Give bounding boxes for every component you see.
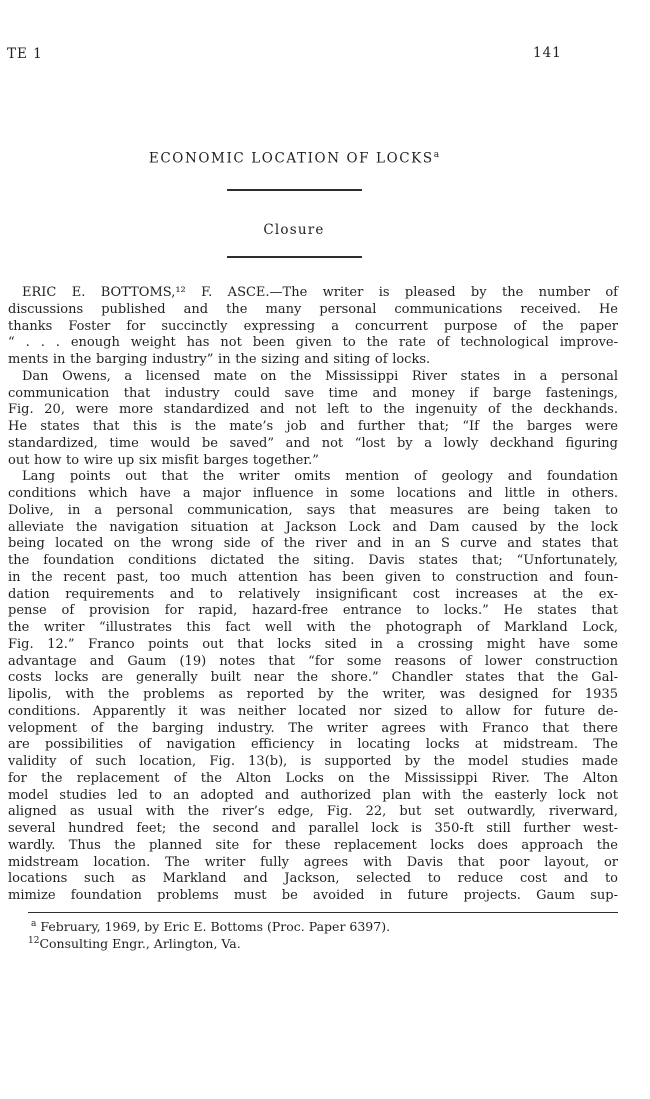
body-line: are possibilities of navigation efficien…	[8, 737, 618, 754]
paragraph: Lang points out that the writer omits me…	[8, 469, 618, 905]
body-line: several hundred feet; the second and par…	[8, 821, 618, 838]
body-line: thanks Foster for succinctly expressing …	[8, 319, 618, 336]
body-line: midstream location. The writer fully agr…	[8, 855, 618, 872]
footnote-marker: 12	[28, 936, 39, 946]
body-line: dation requirements and to relatively in…	[8, 587, 618, 604]
section-heading: Closure	[0, 223, 588, 238]
footnote-list: a February, 1969, by Eric E. Bottoms (Pr…	[28, 917, 618, 951]
body-line: He states that this is the mate’s job an…	[8, 419, 618, 436]
body-line: costs locks are generally built near the…	[8, 670, 618, 687]
page-number: 141	[533, 45, 562, 61]
body-line: the foundation conditions dictated the s…	[8, 553, 618, 570]
title-rule	[227, 189, 362, 191]
body-line: Lang points out that the writer omits me…	[8, 469, 618, 486]
body-line: communication that industry could save t…	[8, 386, 618, 403]
body-line: wardly. Thus the planned site for these …	[8, 838, 618, 855]
body-line: Fig. 12.” Franco points out that locks s…	[8, 637, 618, 654]
body-line: validity of such location, Fig. 13(b), i…	[8, 754, 618, 771]
heading-block: ECONOMIC LOCATION OF LOCKSa Closure	[0, 148, 588, 258]
body-line: being located on the wrong side of the r…	[8, 536, 618, 553]
body-line: conditions which have a major influence …	[8, 486, 618, 503]
body-line: advantage and Gaum (19) notes that “for …	[8, 654, 618, 671]
body-line: locations such as Markland and Jackson, …	[8, 871, 618, 888]
body-line: ERIC E. BOTTOMS,¹² F. ASCE.—The writer i…	[8, 285, 618, 302]
body-line: pense of provision for rapid, hazard-fre…	[8, 603, 618, 620]
footnote-block: a February, 1969, by Eric E. Bottoms (Pr…	[28, 912, 618, 951]
article-body: ERIC E. BOTTOMS,¹² F. ASCE.—The writer i…	[8, 285, 618, 905]
body-line: model studies led to an adopted and auth…	[8, 788, 618, 805]
journal-page: TE 1 141 ECONOMIC LOCATION OF LOCKSa Clo…	[0, 0, 650, 1099]
body-line: standardized, time would be saved” and n…	[8, 436, 618, 453]
body-line: lipolis, with the problems as reported b…	[8, 687, 618, 704]
body-line: Dolive, in a personal communication, say…	[8, 503, 618, 520]
paragraph: Dan Owens, a licensed mate on the Missis…	[8, 369, 618, 470]
body-line: aligned as usual with the river’s edge, …	[8, 804, 618, 821]
body-line: for the replacement of the Alton Locks o…	[8, 771, 618, 788]
section-rule	[227, 256, 362, 258]
paragraph: ERIC E. BOTTOMS,¹² F. ASCE.—The writer i…	[8, 285, 618, 369]
body-line: Fig. 20, were more standardized and not …	[8, 402, 618, 419]
body-line: alleviate the navigation situation at Ja…	[8, 520, 618, 537]
body-line: discussions published and the many perso…	[8, 302, 618, 319]
body-line: mimize foundation problems must be avoid…	[8, 888, 618, 905]
body-line: the writer “illustrates this fact well w…	[8, 620, 618, 637]
footnote-marker: a	[31, 919, 36, 929]
title-footnote-marker: a	[434, 150, 439, 160]
body-line: in the recent past, too much attention h…	[8, 570, 618, 587]
article-title-text: ECONOMIC LOCATION OF LOCKS	[149, 151, 434, 167]
body-line: velopment of the barging industry. The w…	[8, 721, 618, 738]
body-line: out how to wire up six misfit barges tog…	[8, 453, 618, 470]
article-title: ECONOMIC LOCATION OF LOCKSa	[0, 148, 588, 167]
body-line: conditions. Apparently it was neither lo…	[8, 704, 618, 721]
footnote: 12Consulting Engr., Arlington, Va.	[28, 934, 618, 951]
body-line: ments in the barging industry” in the si…	[8, 352, 618, 369]
footnote: a February, 1969, by Eric E. Bottoms (Pr…	[28, 917, 618, 934]
running-header-left: TE 1	[7, 46, 43, 62]
body-line: Dan Owens, a licensed mate on the Missis…	[8, 369, 618, 386]
body-line: “ . . . enough weight has not been given…	[8, 335, 618, 352]
